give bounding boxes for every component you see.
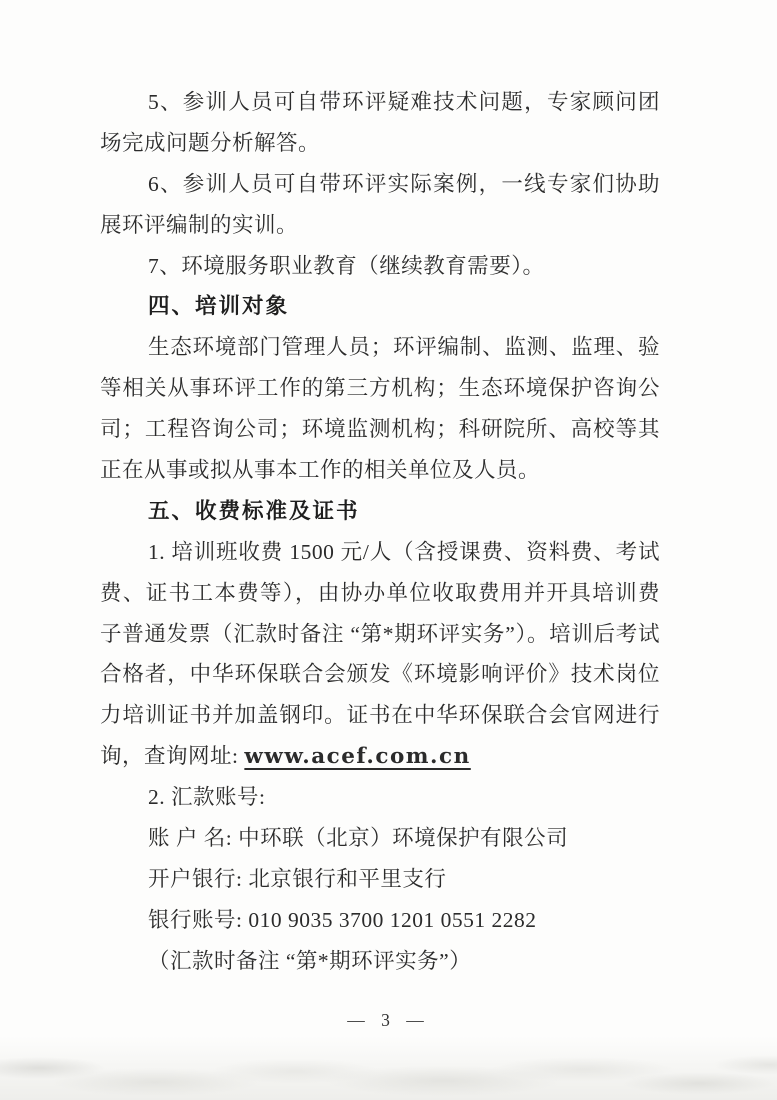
paragraph: 1. 培训班收费 1500 元/人（含授课费、资料费、考试费、证书工本费等），由… [100, 532, 660, 777]
paragraph: 账 户 名: 中环联（北京）环境保护有限公司 [100, 818, 660, 859]
text-line: 生态环境部门管理人员；环评编制、监测、监理、验收 [100, 327, 660, 368]
text-line: 费、证书工本费等），由协办单位收取费用并开具培训费电 [100, 573, 660, 614]
text-line: 合格者，中华环保联合会颁发《环境影响评价》技术岗位能 [100, 654, 660, 695]
document-page: 5、参训人员可自带环评疑难技术问题，专家顾问团现场完成问题分析解答。6、参训人员… [0, 0, 777, 1100]
text-line: 场完成问题分析解答。 [100, 123, 660, 164]
text-line: 展环评编制的实训。 [100, 205, 660, 246]
paragraph: 银行账号: 010 9035 3700 1201 0551 2282 [100, 900, 660, 941]
document-body: 5、参训人员可自带环评疑难技术问题，专家顾问团现场完成问题分析解答。6、参训人员… [100, 82, 660, 982]
text-line: 1. 培训班收费 1500 元/人（含授课费、资料费、考试 [100, 532, 660, 573]
text-line: 7、环境服务职业教育（继续教育需要）。 [100, 246, 660, 287]
section-heading: 四、培训对象 [100, 286, 660, 327]
website-url[interactable]: www.acef.com.cn [244, 744, 470, 769]
page-number: — 3 — [347, 1010, 430, 1030]
text-line: 2. 汇款账号: [100, 777, 660, 818]
text-line: 力培训证书并加盖钢印。证书在中华环保联合会官网进行查 [100, 695, 660, 736]
text-line: 5、参训人员可自带环评疑难技术问题，专家顾问团现 [100, 82, 660, 123]
text-segment: 询，查询网址: [100, 744, 244, 768]
text-line: 五、收费标准及证书 [100, 491, 660, 532]
text-line: 司；工程咨询公司；环境监测机构；科研院所、高校等其他 [100, 409, 660, 450]
text-line: （汇款时备注 “第*期环评实务”） [100, 941, 660, 982]
paragraph: 5、参训人员可自带环评疑难技术问题，专家顾问团现场完成问题分析解答。 [100, 82, 660, 164]
text-line: 开户银行: 北京银行和平里支行 [100, 859, 660, 900]
text-line: 等相关从事环评工作的第三方机构；生态环境保护咨询公 [100, 368, 660, 409]
paragraph: 6、参训人员可自带环评实际案例，一线专家们协助开展环评编制的实训。 [100, 164, 660, 246]
paragraph: 7、环境服务职业教育（继续教育需要）。 [100, 246, 660, 287]
page-footer: — 3 — [0, 1010, 777, 1031]
text-line: 四、培训对象 [100, 286, 660, 327]
paragraph: 生态环境部门管理人员；环评编制、监测、监理、验收等相关从事环评工作的第三方机构；… [100, 327, 660, 491]
text-line: 询，查询网址: www.acef.com.cn [100, 736, 660, 777]
paragraph: 2. 汇款账号: [100, 777, 660, 818]
text-line: 银行账号: 010 9035 3700 1201 0551 2282 [100, 900, 660, 941]
paragraph: （汇款时备注 “第*期环评实务”） [100, 941, 660, 982]
text-line: 6、参训人员可自带环评实际案例，一线专家们协助开 [100, 164, 660, 205]
scan-noise-texture [0, 1036, 777, 1100]
text-line: 子普通发票（汇款时备注 “第*期环评实务”）。培训后考试 [100, 614, 660, 655]
section-heading: 五、收费标准及证书 [100, 491, 660, 532]
text-line: 正在从事或拟从事本工作的相关单位及人员。 [100, 450, 660, 491]
text-line: 账 户 名: 中环联（北京）环境保护有限公司 [100, 818, 660, 859]
paragraph: 开户银行: 北京银行和平里支行 [100, 859, 660, 900]
